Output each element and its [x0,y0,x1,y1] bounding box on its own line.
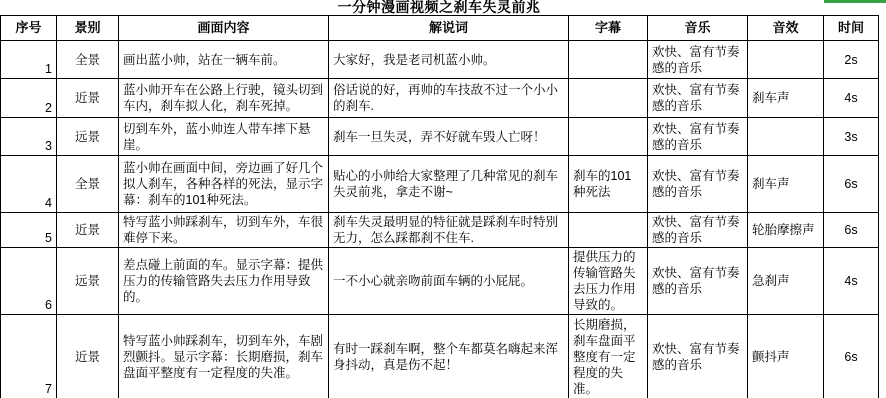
cell-time[interactable]: 4s [824,79,879,118]
cell-sfx[interactable]: 刹车声 [748,156,824,213]
table-row: 2近景蓝小帅开车在公路上行驶，镜头切到车内，刹车拟人化，刹车死掉。俗话说的好，再… [1,79,879,118]
spreadsheet-canvas: 一分钟漫画视频之刹车失灵前兆 序号景别画面内容解说词字幕音乐音效时间 1全景画出… [0,0,886,398]
cell-time[interactable]: 6s [824,213,879,248]
cell-time[interactable]: 6s [824,315,879,398]
table-body: 1全景画出蓝小帅，站在一辆车前。大家好，我是老司机蓝小帅。欢快、富有节奏感的音乐… [1,41,879,398]
cell-no[interactable]: 7 [1,315,57,398]
cell-sfx[interactable]: 急刹声 [748,248,824,315]
header-cell-music[interactable]: 音乐 [648,16,748,41]
cell-shot[interactable]: 近景 [57,213,119,248]
cell-subtitle[interactable] [569,213,648,248]
cell-narration[interactable]: 刹车一旦失灵，弄不好就车毁人亡呀！ [329,118,569,156]
cell-no[interactable]: 5 [1,213,57,248]
cell-music[interactable]: 欢快、富有节奏感的音乐 [648,156,748,213]
table-row: 7近景特写蓝小帅踩刹车，切到车外，车剧烈颤抖。显示字幕：长期磨损，刹车盘面平整度… [1,315,879,398]
cell-time[interactable]: 3s [824,118,879,156]
cell-content[interactable]: 切到车外，蓝小帅连人带车摔下悬崖。 [119,118,329,156]
table-row: 3远景切到车外，蓝小帅连人带车摔下悬崖。刹车一旦失灵，弄不好就车毁人亡呀！欢快、… [1,118,879,156]
cell-music[interactable]: 欢快、富有节奏感的音乐 [648,248,748,315]
cell-no[interactable]: 3 [1,118,57,156]
table-row: 4全景蓝小帅在画面中间，旁边画了好几个拟人刹车，各种各样的死法，显示字幕：刹车的… [1,156,879,213]
cell-shot[interactable]: 远景 [57,248,119,315]
table-header-row: 序号景别画面内容解说词字幕音乐音效时间 [1,16,879,41]
cell-narration[interactable]: 大家好，我是老司机蓝小帅。 [329,41,569,79]
cell-no[interactable]: 1 [1,41,57,79]
header-row: 序号景别画面内容解说词字幕音乐音效时间 [1,16,879,41]
table-row: 1全景画出蓝小帅，站在一辆车前。大家好，我是老司机蓝小帅。欢快、富有节奏感的音乐… [1,41,879,79]
cell-shot[interactable]: 全景 [57,156,119,213]
cell-time[interactable]: 4s [824,248,879,315]
cell-sfx[interactable] [748,41,824,79]
cell-subtitle[interactable]: 刹车的101种死法 [569,156,648,213]
cell-subtitle[interactable] [569,118,648,156]
sheet-title[interactable]: 一分钟漫画视频之刹车失灵前兆 [0,0,878,15]
cell-shot[interactable]: 全景 [57,41,119,79]
header-cell-subtitle[interactable]: 字幕 [569,16,648,41]
header-cell-time[interactable]: 时间 [824,16,879,41]
header-cell-content[interactable]: 画面内容 [119,16,329,41]
cell-content[interactable]: 特写蓝小帅踩刹车，切到车外，车剧烈颤抖。显示字幕：长期磨损，刹车盘面平整度有一定… [119,315,329,398]
header-cell-shot[interactable]: 景别 [57,16,119,41]
cell-shot[interactable]: 近景 [57,79,119,118]
header-cell-sfx[interactable]: 音效 [748,16,824,41]
cell-subtitle[interactable]: 提供压力的传输管路失去压力作用导致的。 [569,248,648,315]
cell-sfx[interactable]: 刹车声 [748,79,824,118]
cell-sfx[interactable]: 颤抖声 [748,315,824,398]
cell-content[interactable]: 蓝小帅开车在公路上行驶，镜头切到车内，刹车拟人化，刹车死掉。 [119,79,329,118]
cell-time[interactable]: 2s [824,41,879,79]
cell-narration[interactable]: 一不小心就亲吻前面车辆的小屁屁。 [329,248,569,315]
cell-no[interactable]: 6 [1,248,57,315]
cell-content[interactable]: 特写蓝小帅踩刹车，切到车外，车很难停下来。 [119,213,329,248]
storyboard-table: 序号景别画面内容解说词字幕音乐音效时间 1全景画出蓝小帅，站在一辆车前。大家好，… [0,15,879,398]
cell-shot[interactable]: 远景 [57,118,119,156]
cell-content[interactable]: 画出蓝小帅，站在一辆车前。 [119,41,329,79]
cell-narration[interactable]: 俗话说的好，再帅的车技敌不过一个小小的刹车. [329,79,569,118]
cell-music[interactable]: 欢快、富有节奏感的音乐 [648,79,748,118]
cell-no[interactable]: 4 [1,156,57,213]
cell-no[interactable]: 2 [1,79,57,118]
cell-narration[interactable]: 贴心的小帅给大家整理了几种常见的刹车失灵前兆，拿走不谢~ [329,156,569,213]
cell-time[interactable]: 6s [824,156,879,213]
cell-narration[interactable]: 有时一踩刹车啊，整个车都莫名嗨起来浑身抖动，真是伤不起！ [329,315,569,398]
cell-music[interactable]: 欢快、富有节奏感的音乐 [648,315,748,398]
cell-shot[interactable]: 近景 [57,315,119,398]
header-cell-narration[interactable]: 解说词 [329,16,569,41]
cell-music[interactable]: 欢快、富有节奏感的音乐 [648,118,748,156]
cell-content[interactable]: 蓝小帅在画面中间，旁边画了好几个拟人刹车，各种各样的死法，显示字幕：刹车的101… [119,156,329,213]
table-row: 6远景差点碰上前面的车。显示字幕：提供压力的传输管路失去压力作用导致的。一不小心… [1,248,879,315]
cell-content[interactable]: 差点碰上前面的车。显示字幕：提供压力的传输管路失去压力作用导致的。 [119,248,329,315]
cell-subtitle[interactable] [569,79,648,118]
cell-subtitle[interactable] [569,41,648,79]
cell-music[interactable]: 欢快、富有节奏感的音乐 [648,41,748,79]
cell-music[interactable]: 欢快、富有节奏感的音乐 [648,213,748,248]
cell-narration[interactable]: 刹车失灵最明显的特征就是踩刹车时特别无力，怎么踩都刹不住车. [329,213,569,248]
table-row: 5近景特写蓝小帅踩刹车，切到车外，车很难停下来。刹车失灵最明显的特征就是踩刹车时… [1,213,879,248]
header-cell-no[interactable]: 序号 [1,16,57,41]
cell-subtitle[interactable]: 长期磨损，刹车盘面平整度有一定程度的失准。 [569,315,648,398]
cell-sfx[interactable]: 轮胎摩擦声 [748,213,824,248]
cell-sfx[interactable] [748,118,824,156]
